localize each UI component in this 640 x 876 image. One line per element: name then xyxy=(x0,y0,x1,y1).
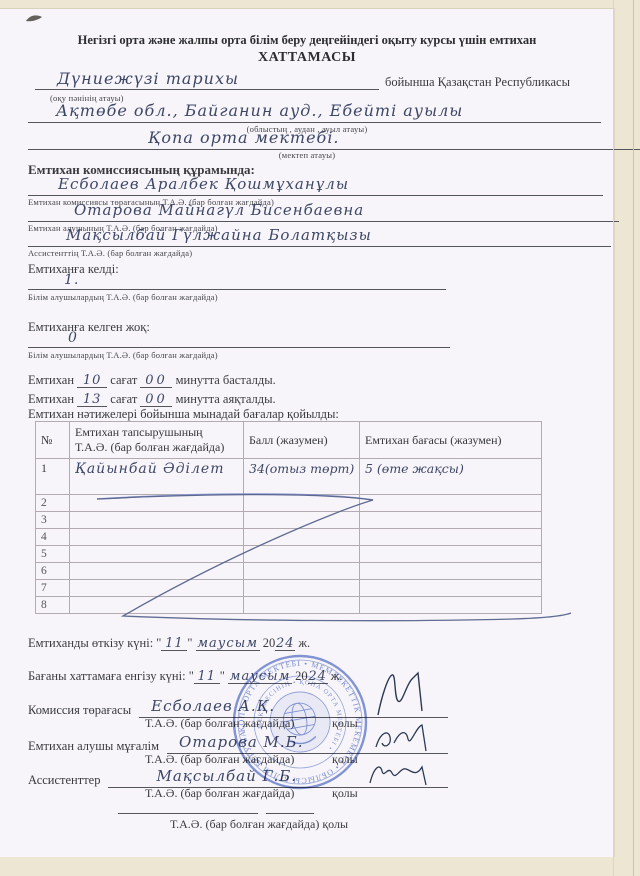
cell-name: Қайынбай Әділет xyxy=(75,461,224,477)
start-time-line: Емтихан 10 сағат 00 минутта басталды. xyxy=(28,373,276,388)
subject-row: Дүниежүзі тарихы бойынша Қазақстан Респу… xyxy=(35,69,595,90)
commission-member: Мақсылбай Гүлжайна Болатқызы xyxy=(28,226,611,247)
exam-date-prefix: Емтиханды өткізу күні: " xyxy=(28,636,161,650)
location-row: Ақтөбе обл., Байганин ауд., Ебейті ауылы xyxy=(28,101,601,123)
results-table: № Емтихан тапсырушының Т.А.Ә. (бар болға… xyxy=(35,421,542,614)
table-row: 2 xyxy=(36,495,542,512)
page-subtitle: ХАТТАМАСЫ xyxy=(0,50,614,66)
subject-handwritten: Дүниежүзі тарихы xyxy=(57,69,239,88)
end-time-line: Емтихан 13 сағат 00 минутта аяқталды. xyxy=(28,392,276,407)
results-line: Емтихан нәтижелері бойынша мынадай бағал… xyxy=(28,407,339,422)
document-page: Негізгі орта және жалпы орта білім беру … xyxy=(0,8,615,857)
col-header-score: Балл (жазумен) xyxy=(244,422,360,459)
table-row: 1 Қайынбай Әділет 34(отыз төрт) 5 (өте ж… xyxy=(36,459,542,495)
record-date-prefix: Бағаны хаттамаға енгізу күні: " xyxy=(28,669,194,683)
cell-num: 4 xyxy=(36,529,70,546)
cell-num: 8 xyxy=(36,597,70,614)
school-row: Қопа орта мектебі. xyxy=(28,128,640,150)
end-hour: 13 xyxy=(77,393,107,407)
end-p2: сағат xyxy=(110,392,137,406)
cell-num: 7 xyxy=(36,580,70,597)
absent-value: 0 xyxy=(68,330,78,346)
end-p1: Емтихан xyxy=(28,392,74,406)
start-p1: Емтихан xyxy=(28,373,74,387)
table-row: 6 xyxy=(36,563,542,580)
cell-num: 5 xyxy=(36,546,70,563)
col-header-num: № xyxy=(36,422,70,459)
table-row: 5 xyxy=(36,546,542,563)
member-name: Мақсылбай Гүлжайна Болатқызы xyxy=(66,226,372,244)
cell-num: 1 xyxy=(36,459,70,495)
commission-member: Есболаев Аралбек Қошмұханұлы xyxy=(28,175,603,196)
start-min: 00 xyxy=(140,374,172,388)
footer-label: Т.А.Ә. (бар болған жағдайда) қолы xyxy=(170,817,348,832)
exam-date-month: маусым xyxy=(196,637,260,651)
scan-edge-line xyxy=(633,0,634,876)
cell-num: 6 xyxy=(36,563,70,580)
location-handwritten: Ақтөбе обл., Байганин ауд., Ебейті ауылы xyxy=(56,101,463,120)
page-edge-line xyxy=(613,0,614,876)
table-row: 4 xyxy=(36,529,542,546)
col-header-grade: Емтихан бағасы (жазумен) xyxy=(360,422,542,459)
exam-date-day: 11 xyxy=(161,637,187,651)
pen-mark xyxy=(24,11,46,25)
member-name: Есболаев Аралбек Қошмұханұлы xyxy=(58,175,349,193)
subject-suffix: бойынша Қазақстан Республикасы xyxy=(385,75,570,90)
start-hour: 10 xyxy=(77,374,107,388)
role-label: Комиссия төрағасы xyxy=(28,703,131,718)
chairman-signature xyxy=(368,671,430,719)
cell-score: 34(отыз төрт) xyxy=(249,461,354,476)
present-value: 1. xyxy=(64,272,79,288)
present-sublabel: Білім алушылардың Т.А.Ә. (бар болған жағ… xyxy=(28,292,218,302)
role-label: Ассистенттер xyxy=(28,773,100,788)
school-label: (мектеп атауы) xyxy=(0,150,614,160)
end-min: 00 xyxy=(140,393,172,407)
scanned-exam-protocol: { "header": { "title_line1": "Негізгі ор… xyxy=(0,0,640,876)
commission-member: Отарова Майнагүл Бисенбаевна xyxy=(28,201,619,222)
cell-grade: 5 (өте жақсы) xyxy=(365,461,464,476)
absent-line: 0 xyxy=(28,329,450,348)
exam-date-century: 20 xyxy=(263,636,276,650)
present-line: 1. xyxy=(28,271,446,290)
table-row: 8 xyxy=(36,597,542,614)
table-row: 7 xyxy=(36,580,542,597)
end-p3: минутта аяқталды. xyxy=(176,392,276,406)
official-stamp: ҚОПА ОРТА МЕКТЕБІ • МЕМЛЕКЕТТІК МЕКЕМЕСІ… xyxy=(213,635,387,809)
member-label: Ассистенттің Т.А.Ә. (бар болған жағдайда… xyxy=(28,248,192,258)
school-handwritten: Қопа орта мектебі. xyxy=(148,128,340,147)
table-row: 3 xyxy=(36,512,542,529)
cell-num: 2 xyxy=(36,495,70,512)
role-label: Емтихан алушы мұғалім xyxy=(28,739,159,754)
start-p2: сағат xyxy=(110,373,137,387)
col-header-name: Емтихан тапсырушының Т.А.Ә. (бар болған … xyxy=(70,422,244,459)
start-p3: минутта басталды. xyxy=(176,373,276,387)
page-title: Негізгі орта және жалпы орта білім беру … xyxy=(0,33,614,48)
member-name: Отарова Майнагүл Бисенбаевна xyxy=(74,201,364,219)
absent-sublabel: Білім алушылардың Т.А.Ә. (бар болған жағ… xyxy=(28,350,218,360)
exam-date-quote: " xyxy=(187,636,192,650)
cell-num: 3 xyxy=(36,512,70,529)
exam-date-line: Емтиханды өткізу күні: "11" маусым 2024 … xyxy=(28,636,310,651)
